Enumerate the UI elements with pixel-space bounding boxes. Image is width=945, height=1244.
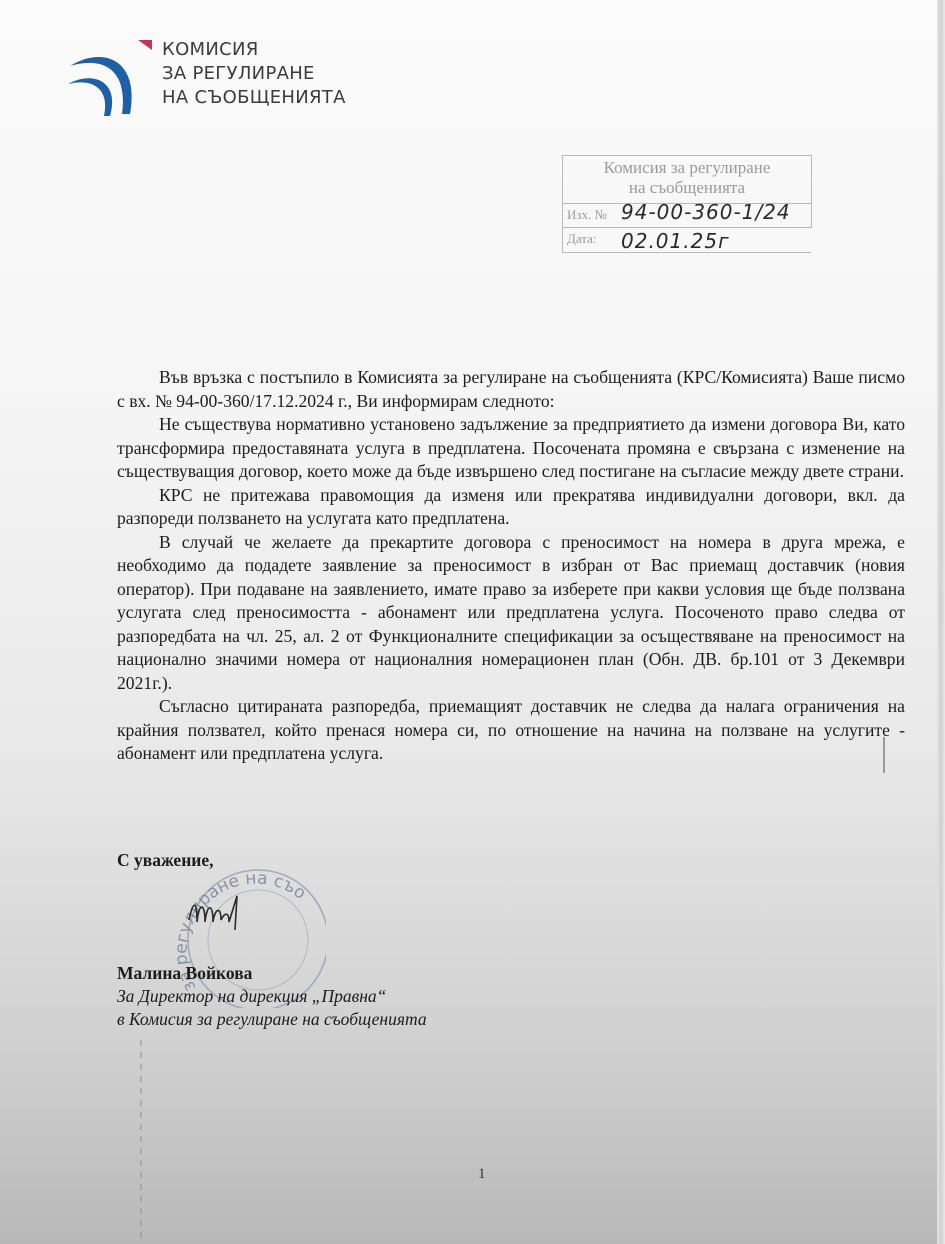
organization-name-line-3: НА СЪОБЩЕНИЯТА [162,86,346,110]
signer-name: Малина Войкова [117,962,427,985]
organization-name: КОМИСИЯ ЗА РЕГУЛИРАНЕ НА СЪОБЩЕНИЯТА [162,38,346,110]
page-number: 1 [478,1166,486,1183]
paragraph-no-authority: КРС не притежава правомощия да изменя ил… [117,484,905,531]
stamp-title-line-2: на съобщенията [563,178,811,198]
organization-logo: КОМИСИЯ ЗА РЕГУЛИРАНЕ НА СЪОБЩЕНИЯТА [62,36,362,126]
logo-arcs-icon [62,36,152,116]
paragraph-intro: Във връзка с постъпило в Комисията за ре… [117,366,905,413]
scan-artifact [883,737,885,773]
organization-name-line-2: ЗА РЕГУЛИРАНЕ [162,62,346,86]
paragraph-conclusion: Съгласно цитираната разпоредба, приемащи… [117,695,905,766]
stamp-title-line-1: Комисия за регулиране [563,158,811,178]
outgoing-number-label: Изх. № [567,207,607,223]
date-label: Дата: [567,231,597,247]
scan-artifact-lines [140,1040,142,1240]
registry-stamp: Комисия за регулиране на съобщенията Изх… [562,155,812,245]
signer-block: Малина Войкова За Директор на дирекция „… [117,962,427,1031]
stamp-date-row: Дата: 02.01.25г [562,227,811,253]
date-value: 02.01.25г [621,229,730,253]
outgoing-number-value: 94-00-360-1/24 [621,200,791,224]
paragraph-portability: В случай че желаете да прекартите догово… [117,531,905,696]
signer-organization: в Комисия за регулиране на съобщенията [117,1008,427,1031]
handwritten-signature-icon [185,890,255,940]
organization-name-line-1: КОМИСИЯ [162,38,346,62]
stamp-title: Комисия за регулиране на съобщенията [562,155,812,204]
signer-role: За Директор на дирекция „Правна“ [117,985,427,1008]
paragraph-no-obligation: Не съществува нормативно установено задъ… [117,413,905,484]
letter-body: Във връзка с постъпило в Комисията за ре… [117,366,905,766]
stamp-outgoing-row: Изх. № 94-00-360-1/24 [562,203,812,228]
page-edge-shadow [937,0,945,1244]
